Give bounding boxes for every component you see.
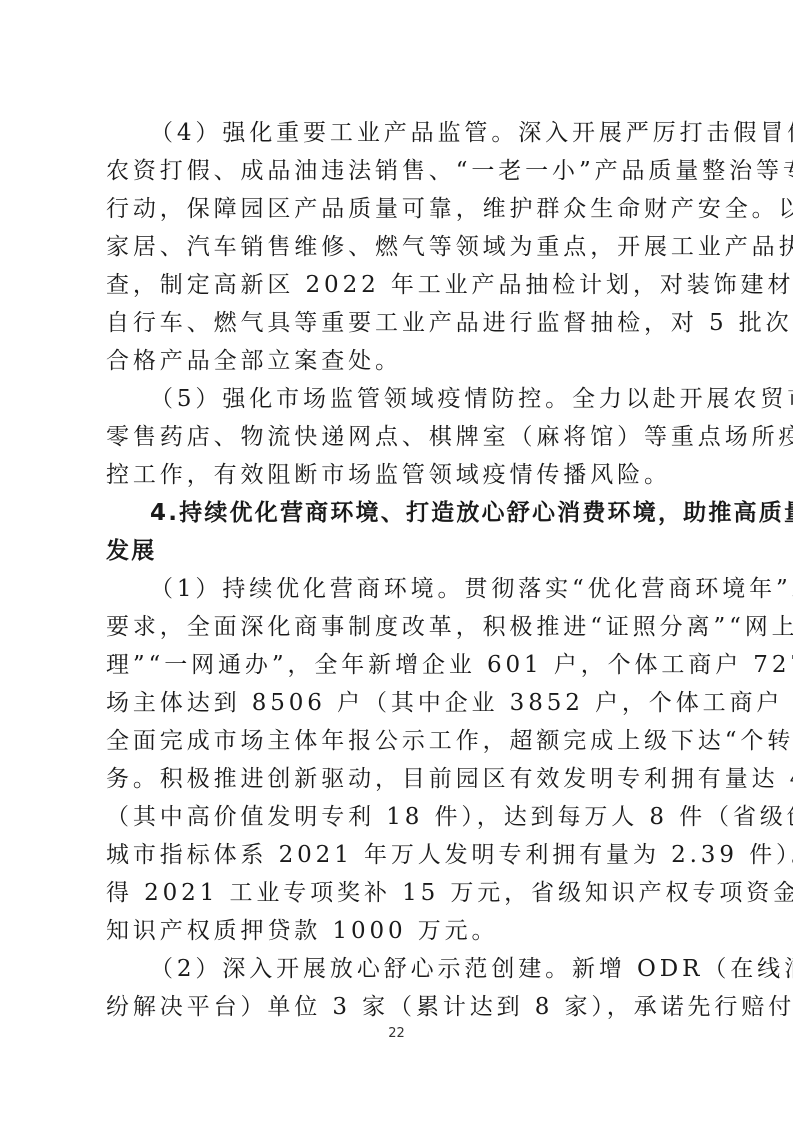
text-line: （1）持续优化营商环境。贯彻落实“优化营商环境年”工作: [150, 570, 702, 608]
text-line: 务。积极推进创新驱动，目前园区有效发明专利拥有量达 40 件: [106, 760, 702, 798]
text-line: 家居、汽车销售维修、燃气等领域为重点，开展工业产品执法检: [106, 228, 702, 266]
text-line: 农资打假、成品油违法销售、“一老一小”产品质量整治等专项: [106, 152, 702, 190]
text-line: 理”“一网通办”，全年新增企业 601 户，个体工商户 727 户，市: [106, 646, 702, 684]
page-number: 22: [0, 1026, 793, 1041]
heading-line: 4.持续优化营商环境、打造放心舒心消费环境，助推高质量: [150, 494, 702, 532]
text-line: 控工作，有效阻断市场监管领域疫情传播风险。: [106, 456, 702, 494]
text-line: 查，制定高新区 2022 年工业产品抽检计划，对装饰建材、电动: [106, 266, 702, 304]
text-line: 要求，全面深化商事制度改革，积极推进“证照分离”“网上办: [106, 608, 702, 646]
text-line: 行动，保障园区产品质量可靠，维护群众生命财产安全。以建材: [106, 190, 702, 228]
text-line: 全面完成市场主体年报公示工作，超额完成上级下达“个转企”任: [106, 722, 702, 760]
text-line: 得 2021 工业专项奖补 15 万元，省级知识产权专项资金 20 万元，: [106, 874, 702, 912]
text-line: （2）深入开展放心舒心示范创建。新增 ODR（在线消费纠: [150, 950, 702, 988]
text-line: 合格产品全部立案查处。: [106, 342, 702, 380]
text-line: 知识产权质押贷款 1000 万元。: [106, 912, 702, 950]
heading-line: 发展: [106, 532, 702, 570]
text-line: 零售药店、物流快递网点、棋牌室（麻将馆）等重点场所疫情防: [106, 418, 702, 456]
text-line: （其中高价值发明专利 18 件），达到每万人 8 件（省级创新型: [106, 798, 702, 836]
text-line: 场主体达到 8506 户（其中企业 3852 户，个体工商户 4654 户）。: [106, 684, 702, 722]
text-line: 纷解决平台）单位 3 家（累计达到 8 家），承诺先行赔付单位 5: [106, 988, 702, 1026]
text-line: 城市指标体系 2021 年万人发明专利拥有量为 2.39 件）。成功获: [106, 836, 702, 874]
document-page: （4）强化重要工业产品监管。深入开展严厉打击假冒侵权、 农资打假、成品油违法销售…: [0, 0, 793, 1122]
text-line: （4）强化重要工业产品监管。深入开展严厉打击假冒侵权、: [150, 114, 702, 152]
text-line: （5）强化市场监管领域疫情防控。全力以赴开展农贸市场、: [150, 380, 702, 418]
text-line: 自行车、燃气具等重要工业产品进行监督抽检，对 5 批次抽检不: [106, 304, 702, 342]
